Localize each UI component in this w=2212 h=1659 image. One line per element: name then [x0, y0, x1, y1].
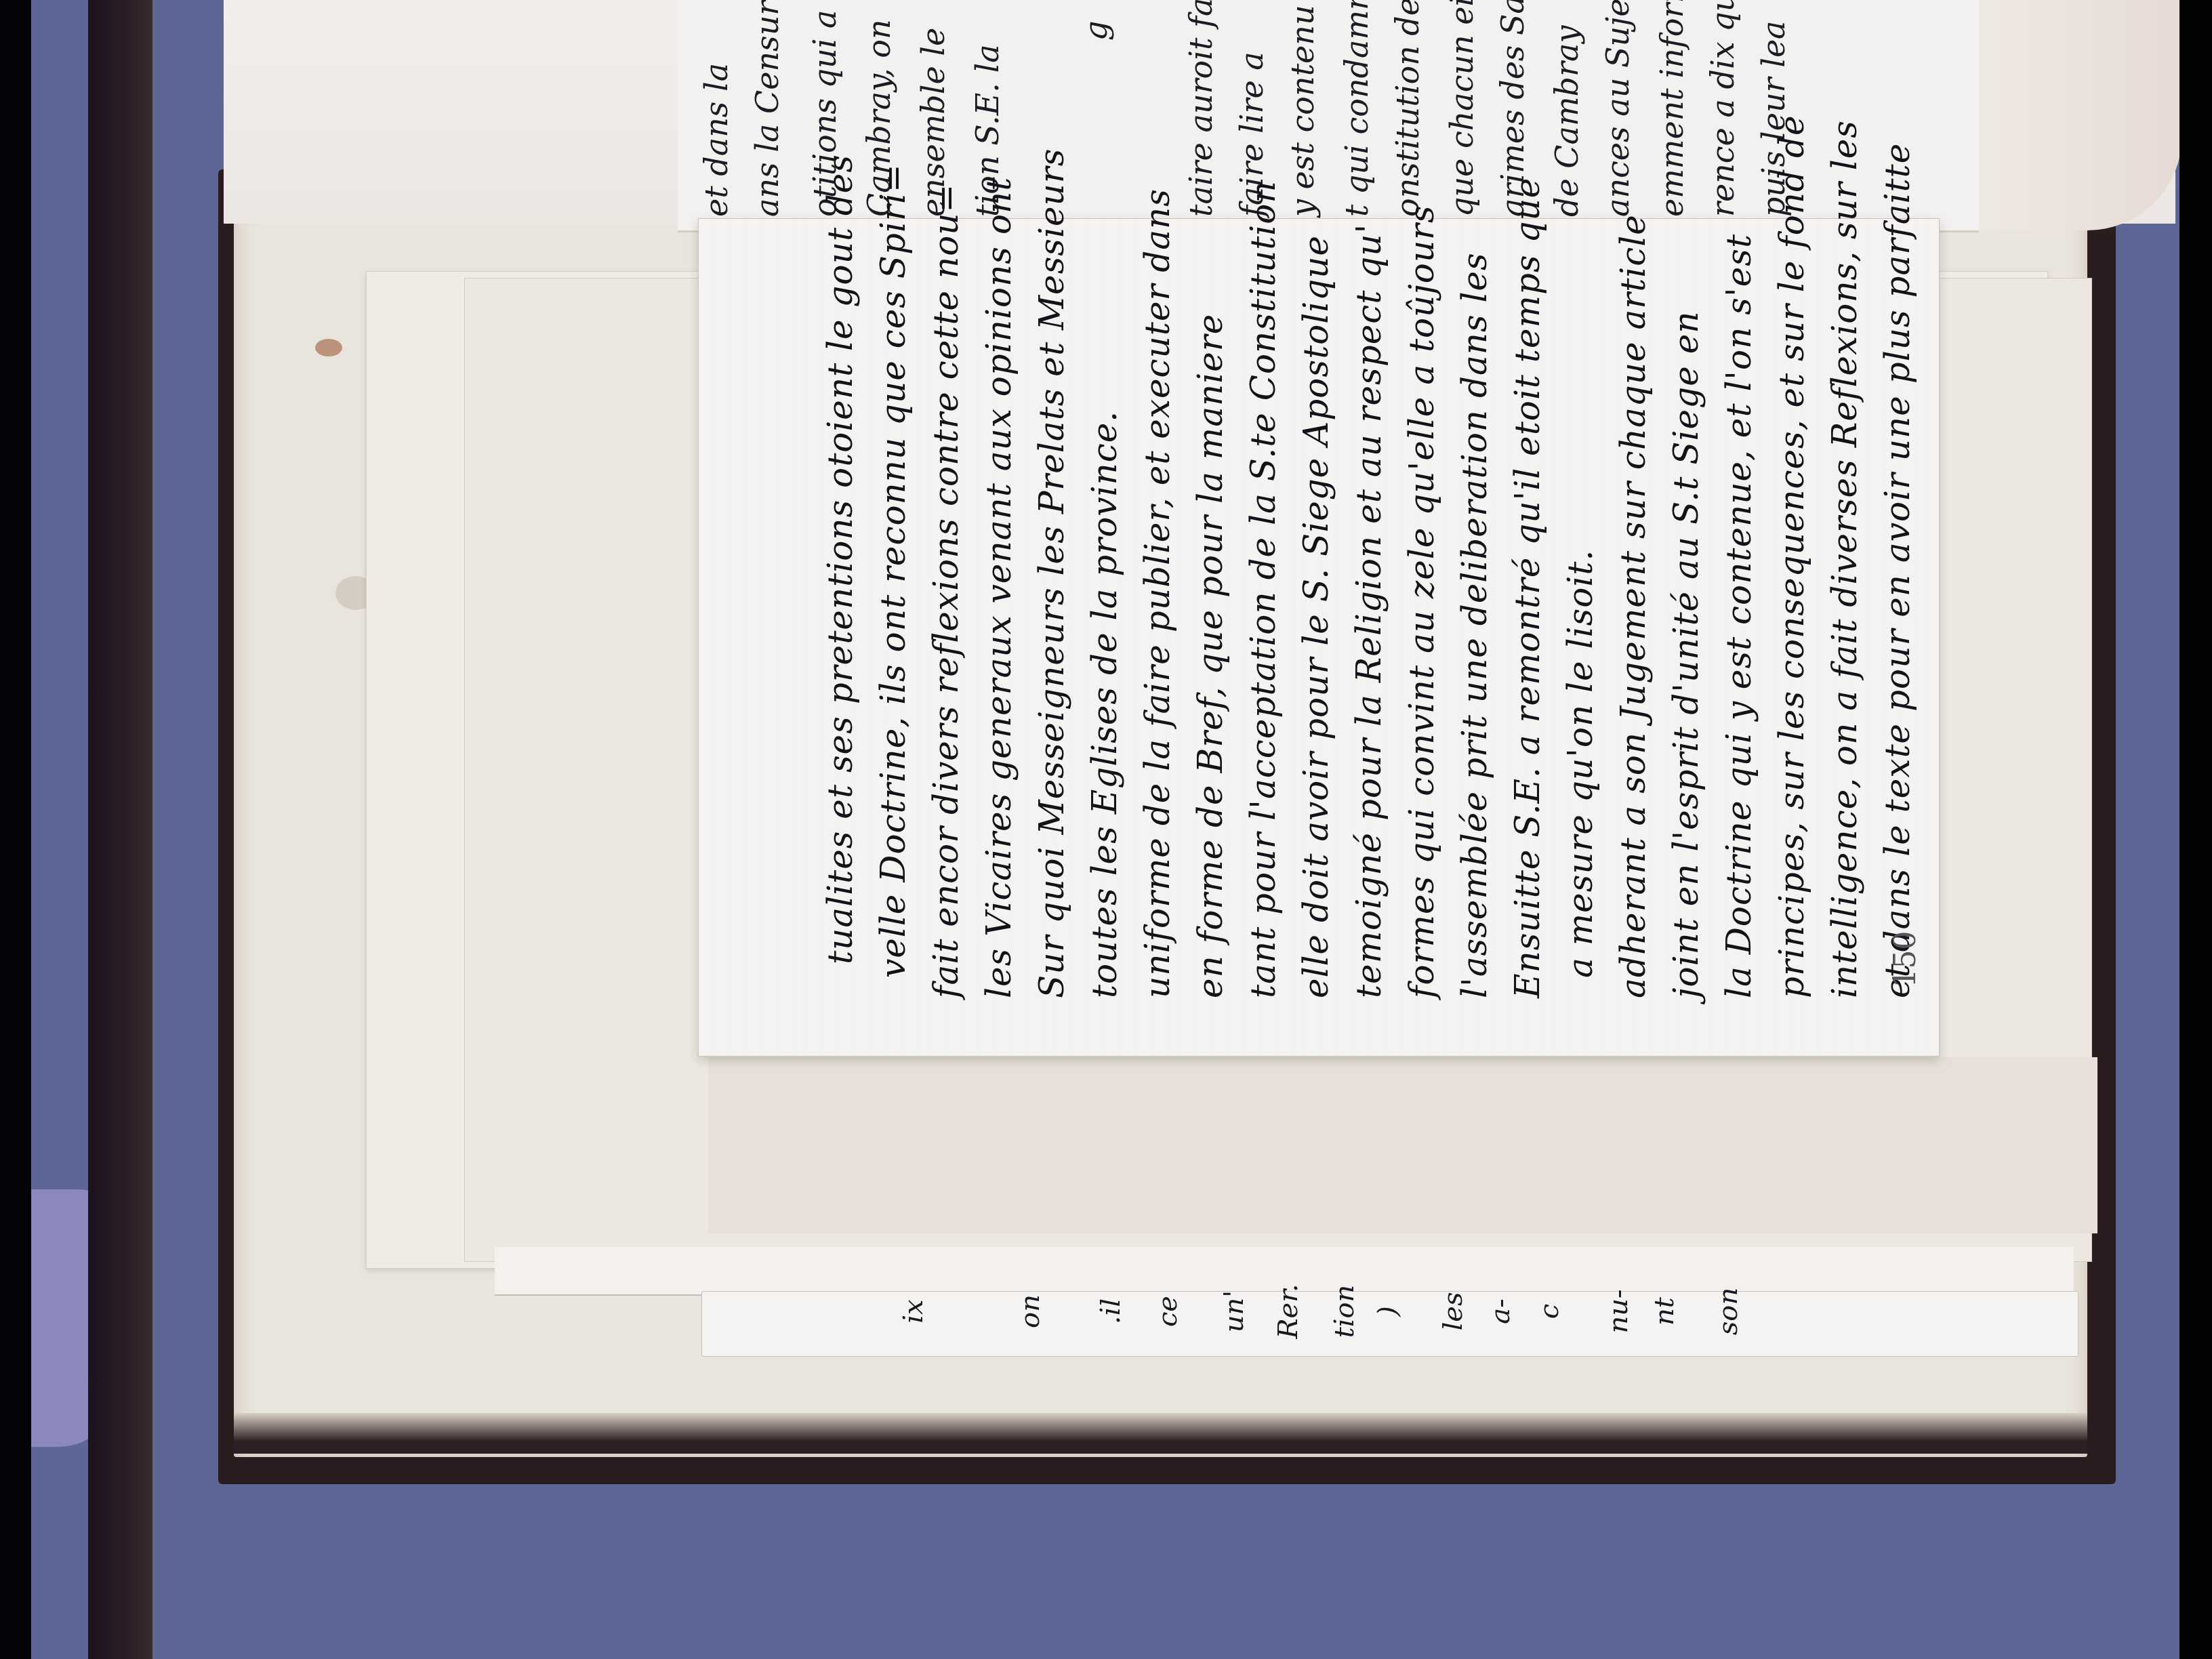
text-line: elle doit avoir pour le S. Siege Apostol…: [1296, 235, 1336, 998]
edge-fragment: ce: [1152, 1296, 1183, 1327]
text-line: joint en l'esprit d'unité au S.t Siege e…: [1666, 311, 1706, 998]
edge-fragment: les: [1437, 1292, 1469, 1331]
fragment-line: rence a dix qui: [1704, 0, 1741, 217]
edge-fragment: nt: [1649, 1297, 1680, 1326]
edge-fragment: ): [1372, 1306, 1404, 1317]
text-line: fait encor divers reflexions contre cett…: [926, 184, 966, 998]
text-line: les Vicaires generaux venant aux opinion…: [979, 177, 1019, 998]
text-line: en forme de Bref, que pour la maniere: [1191, 314, 1230, 998]
text-line: a mesure qu'on le lisoit.: [1561, 550, 1600, 978]
text-line: uniforme de la faire publier, et execute…: [1138, 188, 1177, 998]
fragment-line: de Cambray: [1549, 26, 1585, 217]
fragment-line: ances au Sujet: [1599, 0, 1636, 217]
fragment-line: g: [1078, 21, 1114, 41]
text-line: tualites et ses pretentions otoient le g…: [821, 155, 860, 964]
text-line: intelligence, on a fait diverses Reflexi…: [1825, 120, 1864, 998]
image-border-left: [0, 0, 31, 1659]
manuscript-page: et dans le texte pour en avoir une plus …: [698, 218, 1940, 1057]
damaged-bottom-edge: [234, 1413, 2087, 1454]
fragment-line: ans la Censure: [749, 0, 785, 217]
fragment-line: t qui condamne: [1338, 0, 1375, 217]
fragment-line: et dans la: [698, 63, 735, 217]
edge-fragment: c: [1534, 1304, 1565, 1319]
text-line: la Doctrine qui y est contenue, et l'on …: [1719, 234, 1759, 998]
book-spine: [88, 0, 152, 1659]
folio-number: 150: [1888, 931, 1923, 988]
text-line: toutes les Eglises de la province.: [1085, 411, 1124, 998]
text-line: temoigné pour la Religion et au respect …: [1349, 224, 1389, 998]
edge-fragment: .il: [1095, 1298, 1126, 1324]
text-line: principes, sur les consequences, et sur …: [1772, 115, 1811, 998]
text-line: l'assemblée prit une deliberation dans l…: [1455, 252, 1494, 998]
edge-fragment: ix: [898, 1299, 929, 1323]
text-line: velle Doctrine, ils ont reconnu que ces …: [874, 163, 913, 978]
edge-fragment: a-: [1485, 1298, 1516, 1324]
underlying-sheet: [708, 1057, 2097, 1233]
image-border-right: [2179, 0, 2212, 1659]
stain: [315, 339, 342, 356]
edge-fragment: nu-: [1603, 1289, 1634, 1333]
fragment-line: taire auroit fait: [1183, 0, 1219, 217]
edge-fragment: on: [1015, 1294, 1046, 1328]
curled-page-corner: [1979, 0, 2182, 230]
text-line: adherant a son Jugement sur chaque artic…: [1614, 214, 1653, 998]
edge-fragment: Rer.: [1273, 1284, 1304, 1338]
edge-fragment: un': [1218, 1290, 1250, 1333]
fragment-line: que chacun ein: [1443, 0, 1480, 217]
edge-fragment: tion: [1329, 1285, 1360, 1338]
text-line: tant pour l'acceptation de la S.te Const…: [1244, 180, 1283, 998]
fragment-line: onstitution de la: [1389, 0, 1426, 217]
fragment-line: y est contenu: [1284, 5, 1321, 217]
text-line: Ensuitte S.E. a remontré qu'il etoit tem…: [1508, 178, 1547, 998]
edge-fragment: son: [1713, 1288, 1744, 1335]
text-line: formes qui convint au zele qu'elle a toû…: [1402, 205, 1441, 998]
text-line: Sur quoi Messeigneurs les Prelats et Mes…: [1032, 148, 1071, 998]
text-line: et dans le texte pour en avoir une plus …: [1878, 143, 1917, 998]
fragment-line: emment informe: [1654, 0, 1690, 217]
